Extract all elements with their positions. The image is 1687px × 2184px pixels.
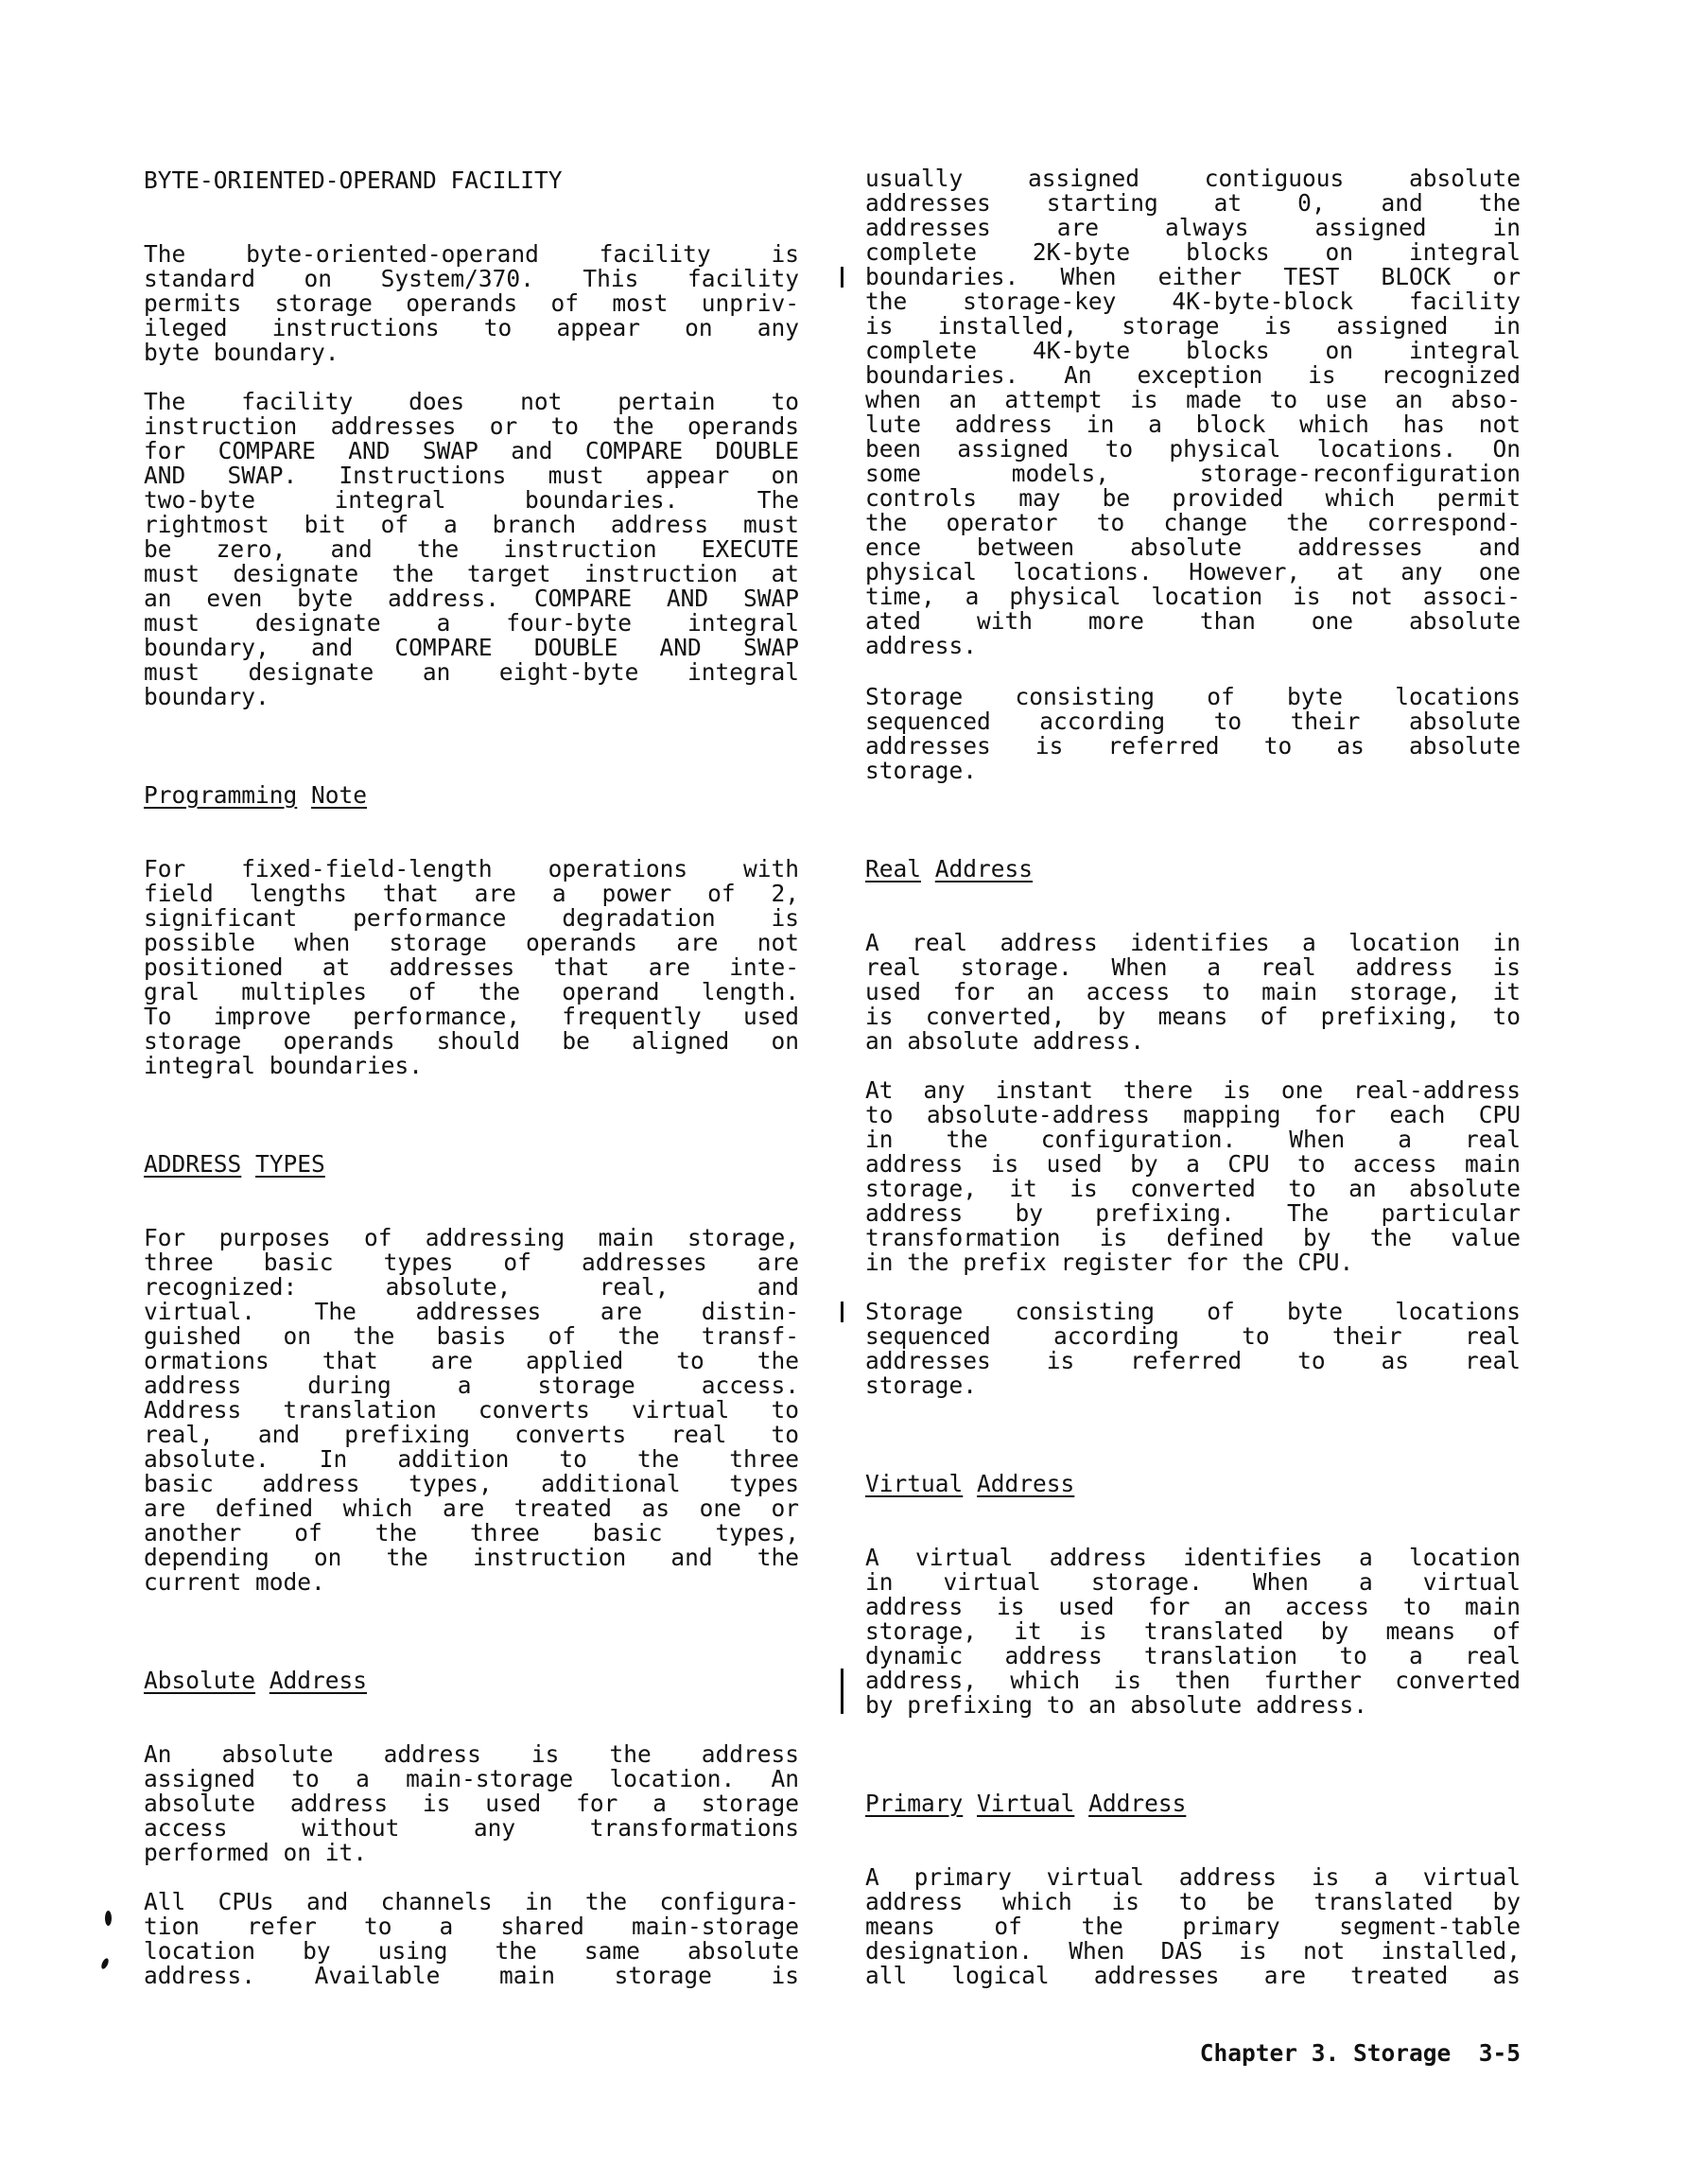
text-line: all logical addresses are treated as bbox=[865, 1964, 1521, 1988]
text-line: depending on the instruction and the bbox=[144, 1546, 799, 1570]
text-line: used for an access to main storage, it bbox=[865, 980, 1521, 1005]
heading-word: Address bbox=[270, 1667, 367, 1694]
text-line: in the configuration. When a real bbox=[865, 1127, 1521, 1152]
text-line: means of the primary segment-table bbox=[865, 1914, 1521, 1939]
text-line: ormations that are applied to the bbox=[144, 1349, 799, 1373]
paragraph-virtual-address: A virtual address identifies a location … bbox=[865, 1546, 1521, 1718]
text-line: Storage consisting of byte locations bbox=[865, 1300, 1521, 1324]
scan-mark bbox=[100, 1957, 111, 1969]
text-line: performed on it. bbox=[144, 1841, 799, 1865]
text-line: A real address identifies a location in bbox=[865, 931, 1521, 955]
text-line: is converted, by means of prefixing, to bbox=[865, 1005, 1521, 1029]
text-line: address which is to be translated by bbox=[865, 1890, 1521, 1914]
text-line: For purposes of addressing main storage, bbox=[144, 1226, 799, 1250]
text-line: storage, it is converted to an absolute bbox=[865, 1177, 1521, 1201]
revision-bar bbox=[841, 1302, 843, 1322]
text-line: significant performance degradation is bbox=[144, 906, 799, 931]
heading-word: Absolute bbox=[144, 1667, 255, 1694]
text-line: guished on the basis of the transf- bbox=[144, 1324, 799, 1349]
text-line: access without any transformations bbox=[144, 1816, 799, 1841]
text-line: To improve performance, frequently used bbox=[144, 1005, 799, 1029]
page-footer: Chapter 3. Storage 3-5 bbox=[1144, 2041, 1521, 2066]
heading-word: Note bbox=[311, 781, 367, 809]
text-line: Storage consisting of byte locations bbox=[865, 685, 1521, 709]
text-line: storage operands should be aligned on bbox=[144, 1029, 799, 1054]
text-line: when an attempt is made to use an abso- bbox=[865, 388, 1521, 412]
heading-word: Address bbox=[935, 855, 1033, 882]
text-line: storage. bbox=[865, 759, 1521, 783]
text-line: for COMPARE AND SWAP and COMPARE DOUBLE bbox=[144, 439, 799, 463]
footer-chapter-title: Chapter 3. Storage bbox=[1200, 2039, 1452, 2067]
text-line: complete 2K-byte blocks on integral bbox=[865, 240, 1521, 265]
text-line: address. bbox=[865, 634, 1521, 658]
subheading-absolute-address: Absolute Address bbox=[144, 1669, 799, 1693]
text-line: must designate the target instruction at bbox=[144, 562, 799, 586]
paragraph-absolute-address-definition: An absolute address is the address assig… bbox=[144, 1742, 799, 1865]
text-line: boundaries. An exception is recognized bbox=[865, 363, 1521, 388]
text-line: ileged instructions to appear on any bbox=[144, 316, 799, 341]
heading-word: Address bbox=[977, 1470, 1074, 1497]
heading-word: ADDRESS bbox=[144, 1150, 241, 1178]
text-line: For fixed-field-length operations with bbox=[144, 857, 799, 882]
heading-word: Address bbox=[1088, 1790, 1186, 1817]
text-line: addresses is referred to as absolute bbox=[865, 734, 1521, 759]
paragraph-address-types: For purposes of addressing main storage,… bbox=[144, 1226, 799, 1595]
text-line: ence between absolute addresses and bbox=[865, 535, 1521, 560]
text-line: real, and prefixing converts real to bbox=[144, 1423, 799, 1447]
paragraph-byte-facility-intro: The byte-oriented-operand facility is st… bbox=[144, 242, 799, 365]
text-line: usually assigned contiguous absolute bbox=[865, 166, 1521, 191]
text-line: boundary. bbox=[144, 685, 799, 709]
text-line: An absolute address is the address bbox=[144, 1742, 799, 1767]
text-line: storage. bbox=[865, 1373, 1521, 1398]
text-line: addresses are always assigned in bbox=[865, 216, 1521, 240]
text-line: AND SWAP. Instructions must appear on bbox=[144, 463, 799, 488]
paragraph-real-address-definition: A real address identifies a location in … bbox=[865, 931, 1521, 1054]
text-line: two-byte integral boundaries. The bbox=[144, 488, 799, 513]
text-line: addresses starting at 0, and the bbox=[865, 191, 1521, 216]
text-line: complete 4K-byte blocks on integral bbox=[865, 339, 1521, 363]
heading-word: Real bbox=[865, 855, 921, 882]
text-line: A primary virtual address is a virtual bbox=[865, 1865, 1521, 1890]
text-line: basic address types, additional types bbox=[144, 1472, 799, 1496]
text-line: recognized: absolute, real, and bbox=[144, 1275, 799, 1300]
text-line: address by prefixing. The particular bbox=[865, 1201, 1521, 1226]
text-line: address during a storage access. bbox=[144, 1373, 799, 1398]
revision-bar bbox=[841, 1669, 843, 1714]
text-line: lute address in a block which has not bbox=[865, 412, 1521, 437]
text-line: absolute address is used for a storage bbox=[144, 1791, 799, 1816]
text-line: transformation is defined by the value bbox=[865, 1226, 1521, 1250]
text-line: virtual. The addresses are distin- bbox=[144, 1300, 799, 1324]
revision-bar bbox=[841, 267, 843, 288]
text-line: storage, it is translated by means of bbox=[865, 1619, 1521, 1644]
text-line: address, which is then further converted bbox=[865, 1669, 1521, 1693]
text-line: are defined which are treated as one or bbox=[144, 1496, 799, 1521]
text-line: an absolute address. bbox=[865, 1029, 1521, 1054]
text-line: integral boundaries. bbox=[144, 1054, 799, 1078]
text-line: sequenced according to their real bbox=[865, 1324, 1521, 1349]
text-line: field lengths that are a power of 2, bbox=[144, 882, 799, 906]
text-line: The facility does not pertain to bbox=[144, 390, 799, 414]
text-line: address is used by a CPU to access main bbox=[865, 1152, 1521, 1177]
text-line: current mode. bbox=[144, 1570, 799, 1595]
text-line: tion refer to a shared main-storage bbox=[144, 1914, 799, 1939]
text-line: must designate an eight-byte integral bbox=[144, 660, 799, 685]
text-line: boundary, and COMPARE DOUBLE AND SWAP bbox=[144, 636, 799, 660]
text-line: byte boundary. bbox=[144, 341, 799, 365]
paragraph-absolute-storage: Storage consisting of byte locations seq… bbox=[865, 685, 1521, 783]
heading-word: Programming bbox=[144, 781, 297, 809]
text-line: sequenced according to their absolute bbox=[865, 709, 1521, 734]
text-line: is installed, storage is assigned in bbox=[865, 314, 1521, 339]
heading-word: Virtual bbox=[865, 1470, 963, 1497]
text-line: All CPUs and channels in the configura- bbox=[144, 1890, 799, 1914]
subheading-primary-virtual-address: Primary Virtual Address bbox=[865, 1791, 1521, 1816]
paragraph-primary-virtual-address: A primary virtual address is a virtual a… bbox=[865, 1865, 1521, 1988]
text-line: some models, storage-reconfiguration bbox=[865, 462, 1521, 486]
heading-word: Primary bbox=[865, 1790, 963, 1817]
text-line: possible when storage operands are not bbox=[144, 931, 799, 955]
text-line: time, a physical location is not associ- bbox=[865, 585, 1521, 609]
text-line: an even byte address. COMPARE AND SWAP bbox=[144, 586, 799, 611]
text-line: must designate a four-byte integral bbox=[144, 611, 799, 636]
paragraph-real-storage: Storage consisting of byte locations seq… bbox=[865, 1300, 1521, 1398]
text-line: in the prefix register for the CPU. bbox=[865, 1250, 1521, 1275]
text-line: positioned at addresses that are inte- bbox=[144, 955, 799, 980]
paragraph-absolute-address-continued: usually assigned contiguous absolute add… bbox=[865, 166, 1521, 658]
subheading-programming-note: Programming Note bbox=[144, 783, 799, 808]
text-line: by prefixing to an absolute address. bbox=[865, 1693, 1521, 1718]
subheading-real-address: Real Address bbox=[865, 857, 1521, 882]
text-line: boundaries. When either TEST BLOCK or bbox=[865, 265, 1521, 289]
text-line: ated with more than one absolute bbox=[865, 609, 1521, 634]
section-heading-address-types: ADDRESS TYPES bbox=[144, 1152, 799, 1177]
text-line: address. Available main storage is bbox=[144, 1964, 799, 1988]
paragraph-real-address-mapping: At any instant there is one real-address… bbox=[865, 1078, 1521, 1275]
text-line: instruction addresses or to the operands bbox=[144, 414, 799, 439]
footer-page-number: 3-5 bbox=[1479, 2039, 1521, 2067]
text-line: controls may be provided which permit bbox=[865, 486, 1521, 511]
subheading-virtual-address: Virtual Address bbox=[865, 1472, 1521, 1496]
text-line: The byte-oriented-operand facility is bbox=[144, 242, 799, 267]
text-line: absolute. In addition to the three bbox=[144, 1447, 799, 1472]
paragraph-programming-note: For fixed-field-length operations with f… bbox=[144, 857, 799, 1078]
text-line: the operator to change the correspond- bbox=[865, 511, 1521, 535]
text-line: standard on System/370. This facility bbox=[144, 267, 799, 291]
text-line: been assigned to physical locations. On bbox=[865, 437, 1521, 462]
text-line: dynamic address translation to a real bbox=[865, 1644, 1521, 1669]
text-line: addresses is referred to as real bbox=[865, 1349, 1521, 1373]
text-line: another of the three basic types, bbox=[144, 1521, 799, 1546]
text-line: in virtual storage. When a virtual bbox=[865, 1570, 1521, 1595]
text-line: gral multiples of the operand length. bbox=[144, 980, 799, 1005]
text-line: location by using the same absolute bbox=[144, 1939, 799, 1964]
text-line: permits storage operands of most unpriv- bbox=[144, 291, 799, 316]
text-line: Address translation converts virtual to bbox=[144, 1398, 799, 1423]
heading-word: Virtual bbox=[977, 1790, 1074, 1817]
paragraph-absolute-address-shared: All CPUs and channels in the configura- … bbox=[144, 1890, 799, 1988]
text-line: be zero, and the instruction EXECUTE bbox=[144, 537, 799, 562]
text-line: the storage-key 4K-byte-block facility bbox=[865, 289, 1521, 314]
text-line: assigned to a main-storage location. An bbox=[144, 1767, 799, 1791]
text-line: At any instant there is one real-address bbox=[865, 1078, 1521, 1103]
text-line: physical locations. However, at any one bbox=[865, 560, 1521, 585]
text-line: designation. When DAS is not installed, bbox=[865, 1939, 1521, 1964]
text-line: three basic types of addresses are bbox=[144, 1250, 799, 1275]
heading-word: TYPES bbox=[255, 1150, 325, 1178]
text-line: rightmost bit of a branch address must bbox=[144, 513, 799, 537]
paragraph-byte-facility-exceptions: The facility does not pertain to instruc… bbox=[144, 390, 799, 709]
text-line: to absolute-address mapping for each CPU bbox=[865, 1103, 1521, 1127]
text-line: A virtual address identifies a location bbox=[865, 1546, 1521, 1570]
section-heading-byte-oriented-operand: BYTE-ORIENTED-OPERAND FACILITY bbox=[144, 168, 799, 193]
scan-mark bbox=[105, 1911, 112, 1926]
text-line: address is used for an access to main bbox=[865, 1595, 1521, 1619]
text-line: real storage. When a real address is bbox=[865, 955, 1521, 980]
